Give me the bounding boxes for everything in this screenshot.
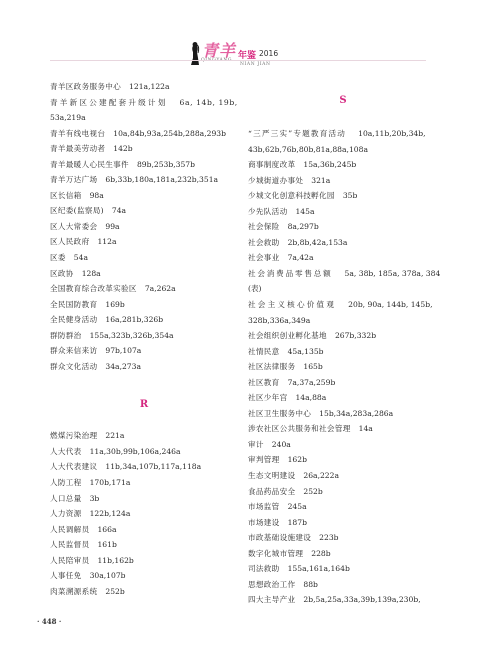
index-entry: 涉农社区公共服务和社会管理14a <box>248 421 438 437</box>
logo-year: 2016 <box>259 49 278 58</box>
section-letter-r: R <box>50 382 238 428</box>
index-entry: 人防工程170b,171a <box>50 475 238 491</box>
index-entry: 群众来信来访97b,107a <box>50 343 238 359</box>
index-entry: 少城街道办事处321a <box>248 173 438 189</box>
index-entry: 思想政治工作88b <box>248 577 438 593</box>
index-entry: 青羊最美劳动者142b <box>50 141 238 157</box>
page-header: 青羊 年鉴 2016 QINGYANG NIAN JIAN <box>0 0 480 70</box>
index-entry-continuation: 328b,336a,349a <box>248 313 438 329</box>
yearbook-logo: 青羊 年鉴 2016 QINGYANG NIAN JIAN <box>190 38 300 70</box>
index-entry: 社会组织创业孵化基地267b,332b <box>248 328 438 344</box>
index-entry: 社会主义核心价值观20b, 90a, 144b, 145b, <box>248 297 438 313</box>
index-entry: 社情民意45a,135b <box>248 344 438 360</box>
index-entry: 市场监管245a <box>248 499 438 515</box>
index-entry: 社区法律服务165b <box>248 359 438 375</box>
header-divider <box>50 60 426 61</box>
index-entry: 社会保险8a,297b <box>248 219 438 235</box>
index-column-right: S “三严三实”专题教育活动10a,11b,20b,34b, 43b,62b,7… <box>248 86 438 608</box>
index-entry: 生态文明建设26a,222a <box>248 468 438 484</box>
index-entry: 全民国防教育169b <box>50 297 238 313</box>
index-entry: 区人大常委会99a <box>50 219 238 235</box>
index-entry: 人事任免30a,107b <box>50 568 238 584</box>
index-entry: 司法救助155a,161a,164b <box>248 561 438 577</box>
index-entry: 群众文化活动34a,273a <box>50 359 238 375</box>
index-entry: 区人民政府112a <box>50 234 238 250</box>
index-entry: 审判管理162b <box>248 452 438 468</box>
index-entry: 人力资源122b,124a <box>50 506 238 522</box>
index-entry: 社区卫生服务中心15b,34a,283a,286a <box>248 406 438 422</box>
index-entry: 人大代表建议11b,34a,107b,117a,118a <box>50 459 238 475</box>
index-entry: 肉菜溯源系统252b <box>50 584 238 600</box>
index-entry: 社会事业7a,42a <box>248 250 438 266</box>
index-entry: 社会救助2b,8b,42a,153a <box>248 235 438 251</box>
logo-pinyin-nianjian: NIAN JIAN <box>240 62 271 67</box>
index-entry: 人口总量3b <box>50 491 238 507</box>
index-entry: 全国教育综合改革实验区7a,262a <box>50 281 238 297</box>
index-entry-continuation: (表) <box>248 281 438 297</box>
index-entry: 人民监督员161b <box>50 537 238 553</box>
index-entry: 区纪委(监察局)74a <box>50 203 238 219</box>
index-entry: 青羊区政务服务中心121a,122a <box>50 79 238 95</box>
index-entry: 燃煤污染治理221a <box>50 428 238 444</box>
index-entry: 市政基础设施建设223b <box>248 530 438 546</box>
index-entry: 人民调解员166a <box>50 522 238 538</box>
index-entry: 数字化城市管理228b <box>248 546 438 562</box>
page-number: · 448 · <box>37 617 61 626</box>
index-entry: 社区教育7a,37a,259b <box>248 375 438 391</box>
index-column-left: 青羊区政务服务中心121a,122a 青羊新区公建配套升级计划6a, 14b, … <box>50 79 238 599</box>
index-entry: 青羊最暖人心民生事件89b,253b,357b <box>50 157 238 173</box>
index-entry: 少先队活动145a <box>248 204 438 220</box>
index-entry: 少城文化创意科技孵化园35b <box>248 188 438 204</box>
index-entry: 人大代表11a,30b,99b,106a,246a <box>50 444 238 460</box>
index-entry: 青羊有线电视台10a,84b,93a,254b,288a,293b <box>50 126 238 142</box>
index-entry: 群防群治155a,323b,326b,354a <box>50 328 238 344</box>
index-entry: 人民陪审员11b,162b <box>50 553 238 569</box>
index-entry: 区委54a <box>50 250 238 266</box>
index-entry: 区长信箱98a <box>50 188 238 204</box>
index-entry: 四大主导产业2b,5a,25a,33a,39b,139a,230b, <box>248 592 438 608</box>
index-entry: 区政协128a <box>50 266 238 282</box>
index-entry: 青羊万达广场6b,33b,180a,181a,232b,351a <box>50 172 238 188</box>
index-entry: 食品药品安全252b <box>248 484 438 500</box>
index-entry: 商事制度改革15a,36b,245b <box>248 157 438 173</box>
index-entry: 青羊新区公建配套升级计划6a, 14b, 19b, <box>50 95 238 111</box>
index-entry: “三严三实”专题教育活动10a,11b,20b,34b, <box>248 126 438 142</box>
index-entry-continuation: 43b,62b,76b,80b,81a,88a,108a <box>248 142 438 158</box>
index-entry: 社会消费品零售总额5a, 38b, 185a, 378a, 384 <box>248 266 438 282</box>
index-entry: 全民健身活动16a,281b,326b <box>50 312 238 328</box>
silhouette-figure-icon <box>190 42 200 66</box>
index-entry: 市场建设187b <box>248 515 438 531</box>
index-entry: 审计240a <box>248 437 438 453</box>
section-letter-s: S <box>248 86 438 126</box>
index-entry-continuation: 53a,219a <box>50 110 238 126</box>
index-entry: 社区少年宫14a,88a <box>248 390 438 406</box>
